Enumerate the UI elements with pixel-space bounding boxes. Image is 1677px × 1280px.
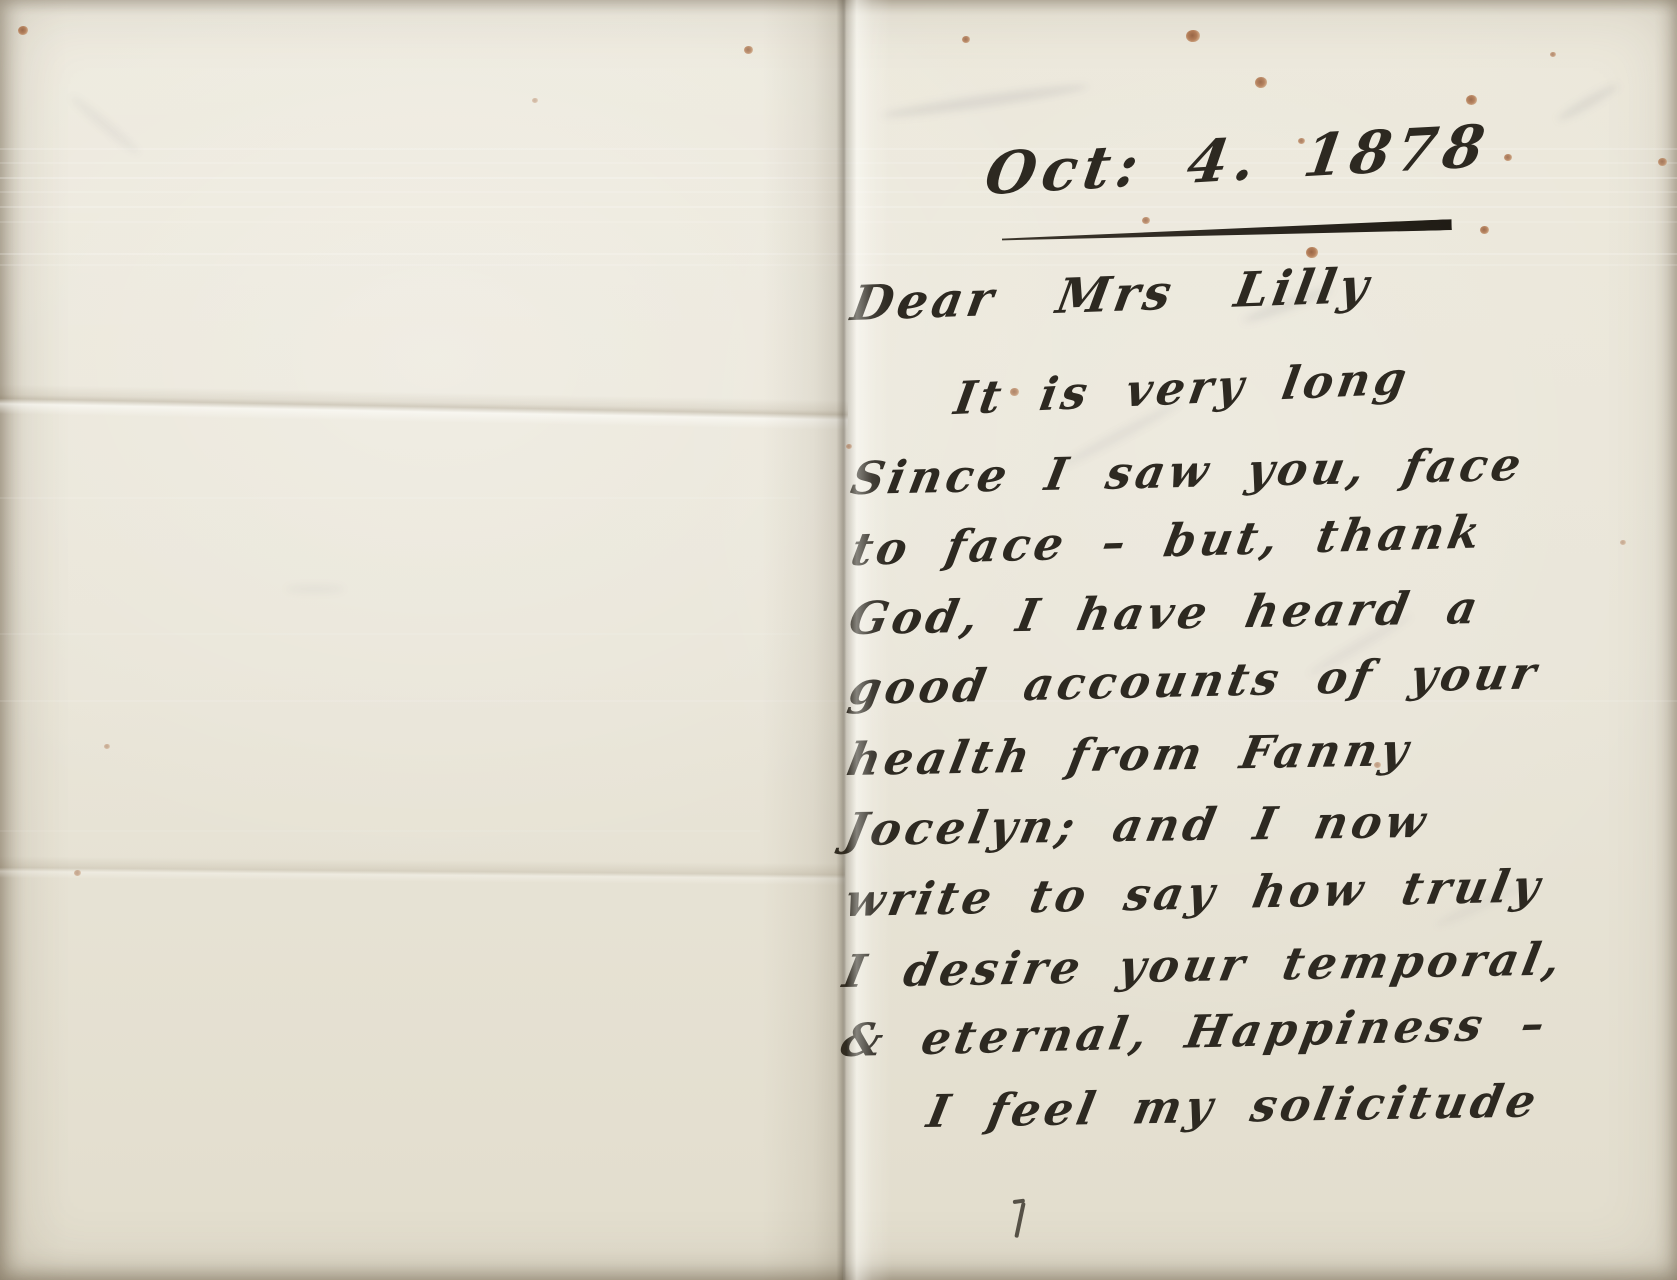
center-fold-shadow [762,0,890,1280]
foxing-spot [846,444,852,449]
letter-body-line: health from Fanny [843,723,1417,786]
foxing-spot [1550,52,1556,57]
foxing-spot [744,46,753,54]
foxing-spot [1504,154,1512,161]
scan-streak [0,497,800,499]
foxing-spot [1374,762,1381,768]
scan-streak [0,830,760,832]
foxing-spot [74,870,81,876]
foxing-spot [1186,30,1200,42]
fold-crease-lower [0,856,845,885]
foxing-spot [1306,247,1318,258]
foxing-spot [532,98,538,103]
foxing-spot [962,36,970,43]
foxing-spot [1466,95,1477,105]
scan-streak [0,633,800,635]
foxing-spot [18,26,28,35]
letter-body-line: Jocelyn; and I now [841,795,1434,856]
foxing-spot [1480,226,1489,234]
pencil-smudge [285,585,345,593]
letter-body-line: I feel my solicitude [923,1074,1544,1138]
foxing-spot [1620,540,1626,545]
letter-scan: Oct: 4. 1878 Dear Mrs Lilly It is very l… [0,0,1677,1280]
foxing-spot [1010,388,1019,396]
fold-crease-upper [0,384,848,430]
letter-body-line: God, I have heard a [845,581,1486,645]
foxing-spot [1142,217,1150,224]
foxing-spot [1255,77,1267,88]
foxing-spot [1298,138,1305,144]
foxing-spot [1658,158,1667,166]
foxing-spot [104,744,110,749]
